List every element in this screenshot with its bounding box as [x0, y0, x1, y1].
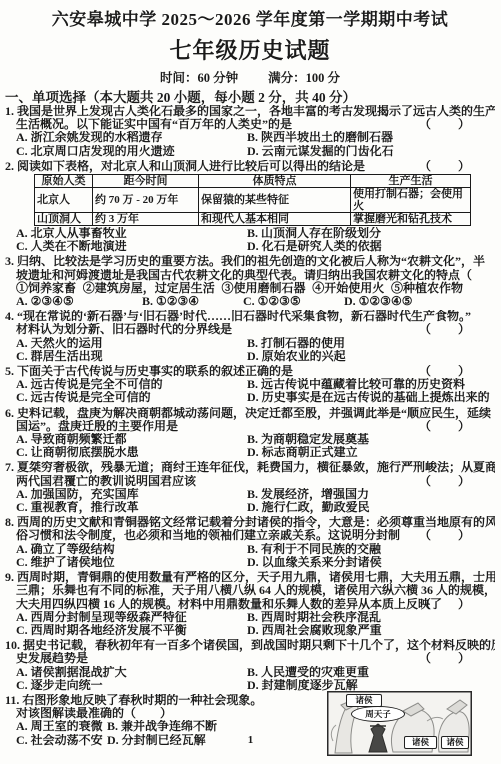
stem-line: （ ）俗习惯和法令制度，也必须和当地的领袖们建立亲戚关系。这说明分封制 [5, 529, 495, 542]
stem-line: 1.我国是世界上发现古人类化石最多的国家之一，各地丰富的考古发现揭示了远古人类的… [5, 105, 495, 118]
options: A. 加强国防，充实国库 B. 发展经济，增强国力 C. 重视教育，推行改革 D… [5, 488, 495, 514]
option-d: D. 原始农业的兴起 [247, 350, 495, 363]
options: A. 天然火的运用 B. 打制石器的使用 C. 群居生活出现 D. 原始农业的兴… [5, 337, 495, 363]
table-cell: 约 70 万 - 20 万年 [93, 188, 199, 213]
option-a: A. 周王室的衰微 [16, 720, 107, 733]
stem-line: 2.（ ）阅读如下表格，对北京人和山顶洞人进行比较后可以得出的结论是 [5, 160, 495, 173]
option-a: A. 远古传说是完全不可信的 [16, 378, 247, 391]
option-a: A. 导致商朝频繁迁都 [16, 433, 247, 446]
answer-bracket: （ ） [419, 323, 471, 336]
option-c: C. 维护了诸侯地位 [16, 556, 247, 569]
question-number: 8. [5, 516, 14, 529]
question-4: 4.“现在常说的‘新石器’与‘旧石器’时代……旧石器时代采集食物，新石器时代生产… [5, 310, 495, 363]
stem-line: 三鼎；乐舞也有不同的标准，天子用八横八纵 64 人的规模，诸侯用六纵六横 36 … [5, 584, 495, 597]
answer-bracket: （ ） [419, 420, 471, 433]
options: A. 北京人从事畜牧业 B. 山顶洞人存在阶级划分 C. 人类在不断地演进 D.… [5, 227, 495, 253]
question-number: 9. [5, 571, 14, 584]
stem-line: 7.夏桀穷奢极欲，残暴无道；商纣王连年征伐，耗费国力，横征暴敛，施行严刑峻法；从… [5, 461, 495, 474]
table-cell: 山顶洞人 [35, 213, 93, 226]
stem-line: 9.西周时期，青铜鼎的使用数量有严格的区分，天子用九鼎，诸侯用七鼎，大夫用五鼎，… [5, 571, 495, 584]
numbered-items: ①饲养家畜 ②建筑房屋，过定居生活 ③使用磨制石器 ④开始使用火 ⑤种植农作物 [5, 282, 495, 295]
question-number: 4. [5, 310, 14, 323]
question-number: 11. [5, 694, 19, 707]
question-number: 10. [5, 639, 20, 652]
option-d: D. 历史事实是在远古传说的基础上提炼出来的 [247, 391, 495, 404]
item-2: ②建筑房屋，过定居生活 [83, 282, 215, 295]
stem-line: （ ）史发展趋势是 [5, 652, 495, 665]
option-b: B. 有利于不同民族的交融 [247, 543, 495, 556]
question-number: 1. [5, 105, 14, 118]
question-9: 9.西周时期，青铜鼎的使用数量有严格的区分，天子用九鼎，诸侯用七鼎，大夫用五鼎，… [5, 571, 495, 637]
option-d: D. 施行仁政，勤政爱民 [247, 501, 495, 514]
option-b: B. 兼并战争连绵不断 [107, 720, 315, 733]
options: A. 西周分封制呈现等级森严特征 B. 西周时期社会秩序混乱 C. 西周时期各地… [5, 611, 495, 637]
school-exam-title: 六安皋城中学 2025～2026 学年度第一学期期中考试 [5, 9, 495, 31]
option-b: B. 西周时期社会秩序混乱 [247, 611, 495, 624]
option-d: D. 化石是研究人类的依据 [247, 240, 495, 253]
table-cell: 约 3 万年 [93, 213, 199, 226]
stem-line: 6.史料记载，盘庚为解决商朝都城动荡问题，决定迁都至殷，并强调此举是“顺应民生，… [5, 407, 495, 420]
option-a: A. 北京人从事畜牧业 [16, 227, 247, 240]
option-c: C. 北京周口店发现的用火遗迹 [16, 145, 247, 158]
option-c: C. ①②③⑤ [243, 295, 344, 308]
answer-bracket: （ ） [419, 118, 471, 131]
option-a: A. 浙江余姚发现的水稻遗存 [16, 131, 247, 144]
table-row: 山顶洞人 约 3 万年 和现代人基本相同 掌握磨光和钻孔技术 [35, 213, 471, 226]
q2-comparison-table: 原始人类 距今时间 体质特点 生产生活 北京人 约 70 万 - 20 万年 保… [34, 174, 471, 226]
option-b: B. 远古传说中蕴藏着比较可靠的历史资料 [247, 378, 495, 391]
stem-line: 10.据史书记载，春秋初年有一百多个诸侯国，到战国时期只剩下十几个了，这个材料反… [5, 639, 495, 652]
exam-meta: 时间：60 分钟满分：100 分 [5, 71, 495, 85]
option-d: D. 西周社会腐败现象严重 [247, 624, 495, 637]
answer-bracket: （ ） [419, 475, 471, 488]
cartoon-label-zhuhou: 诸侯 [346, 694, 382, 707]
option-b: B. 山顶洞人存在阶级划分 [247, 227, 495, 240]
option-b: B. 发展经济，增强国力 [247, 488, 495, 501]
options: A. 浙江余姚发现的水稻遗存 B. 陕西半坡出土的磨制石器 C. 北京周口店发现… [5, 131, 495, 157]
question-1: 1.我国是世界上发现古人类化石最多的国家之一，各地丰富的考古发现揭示了远古人类的… [5, 105, 495, 158]
table-cell: 和现代人基本相同 [199, 213, 351, 226]
page-number: 1 [0, 734, 501, 746]
stem-line: 坡遗址和河姆渡遗址是我国古代农耕文化的典型代表。请归纳出我国农耕文化的特点（ ） [5, 269, 495, 282]
item-1: ①饲养家畜 [16, 282, 76, 295]
option-b: B. 人民遭受的灾难更重 [247, 666, 495, 679]
question-2: 2.（ ）阅读如下表格，对北京人和山顶洞人进行比较后可以得出的结论是 原始人类 … [5, 160, 495, 254]
option-d: D. 云南元谋发掘的门齿化石 [247, 145, 495, 158]
item-5: ⑤种植农作物 [391, 282, 463, 295]
time-info: 时间：60 分钟 [160, 71, 238, 85]
question-3: 3.归纳、比较法是学习历史的重要方法。我们的祖先创造的文化被后人称为“农耕文化”… [5, 255, 495, 308]
option-b: B. 打制石器的使用 [247, 337, 495, 350]
option-d: D. ①②③④⑤ [344, 295, 495, 308]
table-header: 原始人类 [35, 175, 93, 188]
answer-bracket: （ ） [419, 529, 471, 542]
option-c: C. 重视教育，推行改革 [16, 501, 247, 514]
question-7: 7.夏桀穷奢极欲，残暴无道；商纣王连年征伐，耗费国力，横征暴敛，施行严刑峻法；从… [5, 461, 495, 514]
answer-bracket: （ ） [419, 160, 471, 173]
question-number: 6. [5, 407, 14, 420]
cartoon-bubble-zhou-tianzi: 周天子 [351, 706, 405, 722]
table-header: 体质特点 [199, 175, 351, 188]
answer-bracket: （ ） [419, 365, 471, 378]
stem-line: （ ）生活概况。以下能证实中国有“百万年的人类史”的是 [5, 118, 495, 131]
option-c: C. 逐步走向统一 [16, 679, 247, 692]
question-6: 6.史料记载，盘庚为解决商朝都城动荡问题，决定迁都至殷，并强调此举是“顺应民生，… [5, 407, 495, 460]
table-cell: 保留猿的某些特征 [199, 188, 351, 213]
table-cell: 掌握磨光和钻孔技术 [351, 213, 471, 226]
options: A. ②③④⑤ B. ①②③④ C. ①②③⑤ D. ①②③④⑤ [5, 295, 495, 308]
option-b: B. 陕西半坡出土的磨制石器 [247, 131, 495, 144]
table-header: 生产生活 [351, 175, 471, 188]
option-a: A. 加强国防，充实国库 [16, 488, 247, 501]
question-5: 5.（ ）下面关于古代传说与历史事实的联系的叙述正确的是 A. 远古传说是完全不… [5, 365, 495, 405]
q11-cartoon-illustration: 诸侯 周天子 诸侯 诸侯 [327, 691, 472, 756]
table-cell: 北京人 [35, 188, 93, 213]
question-number: 3. [5, 255, 14, 268]
stem-line: （ ）材料认为划分新、旧石器时代的分界线是 [5, 323, 495, 336]
item-4: ④开始使用火 [312, 282, 384, 295]
table-row: 北京人 约 70 万 - 20 万年 保留猿的某些特征 使用打制石器；会使用火 [35, 188, 471, 213]
options: A. 远古传说是完全不可信的 B. 远古传说中蕴藏着比较可靠的历史资料 C. 远… [5, 378, 495, 404]
table-header: 距今时间 [93, 175, 199, 188]
item-3: ③使用磨制石器 [221, 282, 305, 295]
question-8: 8.西周的历史文献和青铜器铭文经常记载着分封诸侯的指令，大意是：必须尊重当地原有… [5, 516, 495, 569]
option-a: A. 天然火的运用 [16, 337, 247, 350]
question-10: 10.据史书记载，春秋初年有一百多个诸侯国，到战国时期只剩下十几个了，这个材料反… [5, 639, 495, 692]
paper-title: 七年级历史试题 [5, 37, 495, 64]
stem-line: 8.西周的历史文献和青铜器铭文经常记载着分封诸侯的指令，大意是：必须尊重当地原有… [5, 516, 495, 529]
answer-bracket: （ ） [419, 652, 471, 665]
question-number: 5. [5, 365, 14, 378]
option-b: B. 为商朝稳定发展奠基 [247, 433, 495, 446]
option-a: A. 西周分封制呈现等级森严特征 [16, 611, 247, 624]
stem-line: 4.“现在常说的‘新石器’与‘旧石器’时代……旧石器时代采集食物，新石器时代生产… [5, 310, 495, 323]
table-cell: 使用打制石器；会使用火 [351, 188, 471, 213]
option-b: B. ①②③④ [142, 295, 243, 308]
option-c: C. 人类在不断地演进 [16, 240, 247, 253]
option-a: A. 确立了等级结构 [16, 543, 247, 556]
exam-paper-page: 六安皋城中学 2025～2026 学年度第一学期期中考试 七年级历史试题 时间：… [0, 0, 501, 764]
option-d: D. 标志商朝正式建立 [247, 446, 495, 459]
option-d: D. 以血缘关系来分封诸侯 [247, 556, 495, 569]
option-c: C. 西周时期各地经济发展不平衡 [16, 624, 247, 637]
options: A. 导致商朝频繁迁都 B. 为商朝稳定发展奠基 C. 让商朝彻底摆脱水患 D.… [5, 433, 495, 459]
section-title: 一、单项选择（本大题共 20 小题，每小题 2 分，共 40 分） [5, 90, 495, 105]
option-c: C. 让商朝彻底摆脱水患 [16, 446, 247, 459]
stem-line: （ ）国运”。盘庚迁殷的主要作用是 [5, 420, 495, 433]
question-number: 2. [5, 160, 14, 173]
stem-line: （ ）两代国君覆亡的教训说明国君应该 [5, 475, 495, 488]
stem-line: 5.（ ）下面关于古代传说与历史事实的联系的叙述正确的是 [5, 365, 495, 378]
options: A. 确立了等级结构 B. 有利于不同民族的交融 C. 维护了诸侯地位 D. 以… [5, 543, 495, 569]
option-a: A. 诸侯割据混战扩大 [16, 666, 247, 679]
options: A. 诸侯割据混战扩大 B. 人民遭受的灾难更重 C. 逐步走向统一 D. 封建… [5, 666, 495, 692]
option-a: A. ②③④⑤ [16, 295, 142, 308]
option-c: C. 群居生活出现 [16, 350, 247, 363]
stem-line: （ ）大夫用四纵四横 16 人的规模。材料中用鼎数量和乐舞人数的差异从本质上反映… [5, 598, 495, 611]
score-info: 满分：100 分 [268, 71, 340, 85]
question-number: 7. [5, 461, 14, 474]
option-c: C. 远古传说是完全可信的 [16, 391, 247, 404]
stem-line: 3.归纳、比较法是学习历史的重要方法。我们的祖先创造的文化被后人称为“农耕文化”… [5, 255, 495, 268]
